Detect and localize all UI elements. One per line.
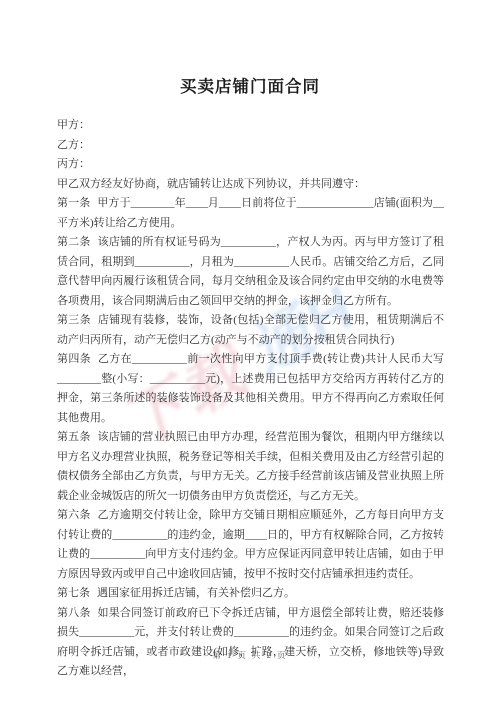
- clause-8-text: 如果合同签订前政府已下令拆迁店铺，甲方退偿全部转让费，赔还装修损失_______…: [57, 607, 444, 678]
- clause-6: 第六条乙方逾期交付转让金，除甲方交铺日期相应顺延外，乙方每日向甲方支付转让费的_…: [57, 506, 444, 584]
- clause-4-label: 第四条: [57, 353, 91, 365]
- clause-6-label: 第六条: [57, 509, 91, 521]
- party-line-jiafang: 甲方：: [57, 116, 444, 136]
- clause-1: 第一条甲方于________年____月____日前将位于___________…: [57, 194, 444, 233]
- clause-4: 第四条乙方在__________前一次性向甲方支付顶手费(转让费)共计人民币大写…: [57, 350, 444, 428]
- clause-1-text: 甲方于________年____月____日前将位于______________…: [57, 197, 444, 229]
- clause-5-label: 第五条: [57, 431, 91, 443]
- document-title: 买卖店铺门面合同: [0, 73, 500, 97]
- clause-7: 第七条遇国家征用拆迁店铺，有关补偿归乙方。: [57, 584, 444, 604]
- clause-2-label: 第二条: [57, 236, 91, 248]
- clause-8-label: 第八条: [57, 607, 91, 619]
- clause-6-text: 乙方逾期交付转让金，除甲方交铺日期相应顺延外，乙方每日向甲方支付转让费的____…: [57, 509, 444, 580]
- contract-page: 下载通H 买卖店铺门面合同 甲方： 乙方： 丙方： 甲乙双方经友好协商，就店铺转…: [0, 0, 500, 706]
- clause-3-label: 第三条: [57, 314, 91, 326]
- clause-7-label: 第七条: [57, 587, 90, 599]
- party-line-bingfang: 丙方：: [57, 155, 444, 175]
- clause-4-text: 乙方在__________前一次性向甲方支付顶手费(转让费)共计人民币大写___…: [57, 353, 444, 424]
- clause-5-text: 该店铺的营业执照已由甲方办理，经营范围为餐饮，租期内甲方继续以甲方名义办理营业执…: [57, 431, 444, 502]
- page-number-indicator: 第 1 页 共 2 页: [0, 649, 500, 661]
- clause-8: 第八条如果合同签订前政府已下令拆迁店铺，甲方退偿全部转让费，赔还装修损失____…: [57, 604, 444, 682]
- party-line-yifang: 乙方：: [57, 136, 444, 156]
- clause-5: 第五条该店铺的营业执照已由甲方办理，经营范围为餐饮，租期内甲方继续以甲方名义办理…: [57, 428, 444, 506]
- clause-7-text: 遇国家征用拆迁店铺，有关补偿归乙方。: [97, 587, 295, 599]
- clause-2: 第二条该店铺的所有权证号码为__________，产权人为丙。丙与甲方签订了租赁…: [57, 233, 444, 311]
- clause-1-label: 第一条: [57, 197, 90, 209]
- clause-3: 第三条店铺现有装修，装饰，设备(包括)全部无偿归乙方使用，租赁期满后不动产归丙所…: [57, 311, 444, 350]
- clause-3-text: 店铺现有装修，装饰，设备(包括)全部无偿归乙方使用，租赁期满后不动产归丙所有，动…: [57, 314, 444, 346]
- clause-2-text: 该店铺的所有权证号码为__________，产权人为丙。丙与甲方签订了租赁合同，…: [57, 236, 444, 307]
- intro-paragraph: 甲乙双方经友好协商，就店铺转让达成下列协议，并共同遵守：: [57, 175, 444, 195]
- document-body: 甲方： 乙方： 丙方： 甲乙双方经友好协商，就店铺转让达成下列协议，并共同遵守：…: [57, 116, 444, 682]
